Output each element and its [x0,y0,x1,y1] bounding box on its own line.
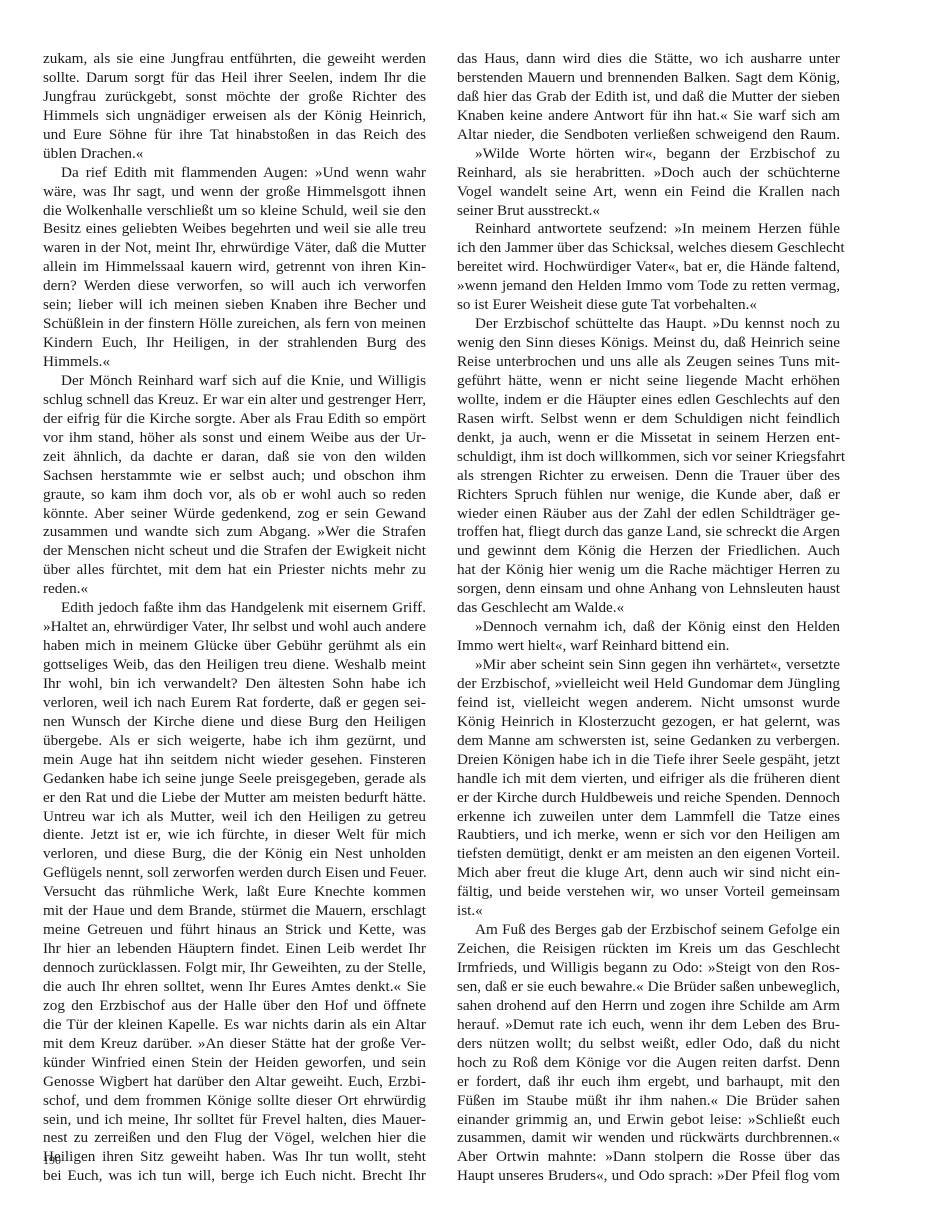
text-line: feind ist, vielleicht wegen anderem. Nic… [457,694,840,713]
text-line: Untreu war ich als Mutter, weil ich den … [43,808,426,827]
text-line: Dreien Königen habe ich in die Tiefe ihr… [457,751,840,770]
text-line: Himmels sich ungnädiger erweisen als der… [43,107,426,126]
text-line: bei Euch, was ich tun will, berge ich Eu… [43,1167,426,1186]
text-line: über alles fürchtet, mit dem hat ein Pri… [43,561,426,580]
text-line: geführt hätte, wenn er nicht seine liege… [457,372,840,391]
text-line: wäre, was Ihr sagt, und wenn der große H… [43,183,426,202]
text-line: wollte, indem er die Häupter eines edlen… [457,391,840,410]
text-line: vor ihm stand, höher als sonst und einem… [43,429,426,448]
text-line: hoch zu Roß dem Könige vor die Augen rei… [457,1054,840,1073]
text-line: Mich aber freut die kluge Art, denn auch… [457,864,840,883]
text-line: gottseliges Weib, das den Heiligen treu … [43,656,426,675]
text-line: meine Getreuen und führt hinaus an Stric… [43,921,426,940]
text-line: schof, und dem frommen Könige sollte die… [43,1092,426,1111]
text-line: »Wilde Worte hörten wir«, begann der Erz… [457,145,840,164]
text-line: die Tür der kleinen Kapelle. Es war nich… [43,1016,426,1035]
text-line: seiner Brut ausstreckt.« [457,202,840,221]
text-line: Versucht das rühmliche Werk, laßt Eure K… [43,883,426,902]
text-line: das Haus, dann wird dies die Stätte, wo … [457,50,840,69]
text-line: sollte. Darum sorgt für das Heil ihrer S… [43,69,426,88]
text-line: Ihr wohl, bin ich verwandelt? Den ältest… [43,675,426,694]
text-line: könnte. Aber seiner Würde gedenkend, zog… [43,505,426,524]
text-line: troffen hat, fliegt durch das ganze Land… [457,523,840,542]
text-line: Der Erzbischof schüttelte das Haupt. »Du… [457,315,840,334]
text-line: ders nützen wollt; du selbst weißt, edle… [457,1035,840,1054]
text-line: Ihr hier an lebenden Häuptern findet. Ei… [43,940,426,959]
page-number: 190 [43,1153,61,1168]
text-line: das Geschlecht am Walde.« [457,599,840,618]
text-line: dern? Werden diese verworfen, so will au… [43,277,426,296]
text-line: sen, daß er sie euch bewahre.« Die Brüde… [457,978,840,997]
text-line: wenig den Sinn dieses Königs. Meinst du,… [457,334,840,353]
text-line: »Dennoch vernahm ich, daß der König eins… [457,618,840,637]
text-line: und Eure Söhne für ihre Tat hinabstoßen … [43,126,426,145]
text-line: Am Fuß des Berges gab der Erzbischof sei… [457,921,840,940]
book-page: zukam, als sie eine Jungfrau entführten,… [0,0,935,1210]
text-line: handle ich mit dem vierten, und eifriger… [457,770,840,789]
text-line: diente. Jetzt ist er, wie ich fürchte, i… [43,826,426,845]
text-line: Knaben keine andere Antwort für ihn hat.… [457,107,840,126]
text-line: ich den Jammer über das Schicksal, welch… [457,239,840,258]
text-line: »Haltet an, ehrwürdiger Vater, Ihr selbs… [43,618,426,637]
text-line: nest zu zerreißen und den Flug der Vögel… [43,1129,426,1148]
text-line: sahen drohend auf den Herrn und zogen ih… [457,997,840,1016]
text-line: verloren, und diese Burg, die der König … [43,845,426,864]
text-line: Reinhard, als sie herabritten. »Doch auc… [457,164,840,183]
text-line: Da rief Edith mit flammenden Augen: »Und… [43,164,426,183]
text-line: sorgen, denn einsam und ohne Anhang von … [457,580,840,599]
text-line: wieder einen Räuber aus der Zahl der edl… [457,505,840,524]
text-line: Besitz eines geliebten Weibes begehrten … [43,220,426,239]
text-line: Zeichen, die Reisigen rückten im Kreis u… [457,940,840,959]
text-line: mit der Haue und dem Brande, stürmet die… [43,902,426,921]
text-line: mit dem Kreuz darüber. »An dieser Stätte… [43,1035,426,1054]
text-line: haben mich in meinem Glücke über Gebühr … [43,637,426,656]
text-line: Haupt unseres Bruders«, und Odo sprach: … [457,1167,840,1186]
text-line: er der Kirche durch Huldbeweis und reich… [457,789,840,808]
text-line: Reinhard antwortete seufzend: »In meinem… [457,220,840,239]
text-line: die auch Ihr ehren solltet, wenn Ihr Eur… [43,978,426,997]
text-line: König Heinrich in Klosterzucht gezogen, … [457,713,840,732]
text-line: die Wolkenhalle verschließt um so kleine… [43,202,426,221]
text-line: Himmels.« [43,353,426,372]
text-line: der Menschen nicht scheut und die Strafe… [43,542,426,561]
text-line: Aber Ortwin mahnte: »Dann stolpern die R… [457,1148,840,1167]
text-line: schuldigt, ihm ist doch willkommen, sich… [457,448,840,467]
text-line: Raubtiers, und ich merke, wenn er sich v… [457,826,840,845]
text-line: Genosse Wigbert hat darüber den Altar ge… [43,1073,426,1092]
text-line: Geflügels nennt, soll zerworfen werden d… [43,864,426,883]
text-line: künder Winfried einen Stein der Heiden g… [43,1054,426,1073]
text-line: und gewinnt dem König die Herzen der Fri… [457,542,840,561]
text-line: Gedanken habe ich seine junge Seele prei… [43,770,426,789]
text-line: sein; lieber will ich meinen sieben Knab… [43,296,426,315]
text-line: Rasen wirft. Selbst wenn er dem Schuldig… [457,410,840,429]
text-line: nen Wunsch der Kirche diene und diese Bu… [43,713,426,732]
text-line: Sachsen herstammte wie er selbst auch; u… [43,467,426,486]
text-line: waren in der Not, meint Ihr, ehrwürdige … [43,239,426,258]
text-line: erkenne ich zuweilen unter dem Lammfell … [457,808,840,827]
text-line: mein Auge hat ihn seitdem nicht wieder g… [43,751,426,770]
left-text-column: zukam, als sie eine Jungfrau entführten,… [43,50,426,1186]
text-line: tiefsten demütigt, denkt er am meisten a… [457,845,840,864]
text-line: der eifrig für die Kirche sorgte. Aber a… [43,410,426,429]
text-line: zusammen und wandte sich zum Abgang. »We… [43,523,426,542]
text-line: bereitet wird. Hochwürdiger Vater«, bat … [457,258,840,277]
text-line: »Mir aber scheint sein Sinn gegen ihn ve… [457,656,840,675]
text-line: er den Rat und die Liebe der Mutter am m… [43,789,426,808]
text-line: der Erzbischof, »vielleicht weil Held Gu… [457,675,840,694]
text-line: Altar nieder, die Sendboten verließen sc… [457,126,840,145]
text-line: so ist Eurer Weisheit diese gute Tat vor… [457,296,840,315]
text-line: Edith jedoch faßte ihm das Handgelenk mi… [43,599,426,618]
text-line: verloren, weil ich nach Eurem Rat forder… [43,694,426,713]
text-line: fältig, und beide verstehen wir, wo unse… [457,883,840,902]
text-line: Richters Spruch fühlen nur wenige, die K… [457,486,840,505]
text-line: graute, so kam ihm doch vor, als ob er w… [43,486,426,505]
text-line: berstenden Mauern und brennenden Balken.… [457,69,840,88]
text-line: übergebe. Als er sich weigerte, habe ich… [43,732,426,751]
text-line: er fordert, daß ihr euch ihm ergebt, und… [457,1073,840,1092]
text-line: Kindern Euch, Ihr Heiligen, in der strah… [43,334,426,353]
text-line: dennoch zurücklassen. Folgt mir, Ihr Gew… [43,959,426,978]
text-line: als strengen Richter zu erweisen. Denn d… [457,467,840,486]
text-line: zusammen, damit wir wenden und rückwärts… [457,1129,840,1148]
text-line: allein im Himmelssaal kauern wird, getre… [43,258,426,277]
right-text-column: das Haus, dann wird dies die Stätte, wo … [457,50,840,1186]
text-line: »wenn jemand den Helden Immo vom Tode zu… [457,277,840,296]
text-line: üblen Drachen.« [43,145,426,164]
text-line: einander grimmig an, und Erwin gebot lei… [457,1111,840,1130]
text-line: dem Manne am schwersten ist, seine Gedan… [457,732,840,751]
text-line: Der Mönch Reinhard warf sich auf die Kni… [43,372,426,391]
text-line: hat der König hier wenig um die Rache mä… [457,561,840,580]
text-line: schlug schnell das Kreuz. Er war ein alt… [43,391,426,410]
text-line: Jungfrau zurückgebt, sonst möchte der gr… [43,88,426,107]
text-line: reden.« [43,580,426,599]
text-line: Schüßlein in der finstern Hölle zureiche… [43,315,426,334]
text-line: Immo wert hielt«, warf Reinhard bittend … [457,637,840,656]
text-line: zukam, als sie eine Jungfrau entführten,… [43,50,426,69]
text-line: herauf. »Demut rate ich euch, wenn ihr d… [457,1016,840,1035]
text-line: Irmfrieds, und Willigis begann zu Odo: »… [457,959,840,978]
text-line: daß hier das Grab der Edith ist, und daß… [457,88,840,107]
text-line: denkt, ja auch, wenn er die Missetat in … [457,429,840,448]
text-line: Vogel wandelt seine Art, wenn ein Feind … [457,183,840,202]
text-line: ist.« [457,902,840,921]
text-line: zog den Erzbischof aus der Halle über de… [43,997,426,1016]
text-line: zeit ähnlich, da dachte er daran, daß si… [43,448,426,467]
text-line: Reise unterbrochen und uns alle als Zeug… [457,353,840,372]
text-line: Füßen im Staube müßt ihr ihm nahen.« Die… [457,1092,840,1111]
text-line: sein, und ich meine, Ihr solltet für Fre… [43,1111,426,1130]
text-line: Heiligen ihren Sitz geweiht haben. Was I… [43,1148,426,1167]
